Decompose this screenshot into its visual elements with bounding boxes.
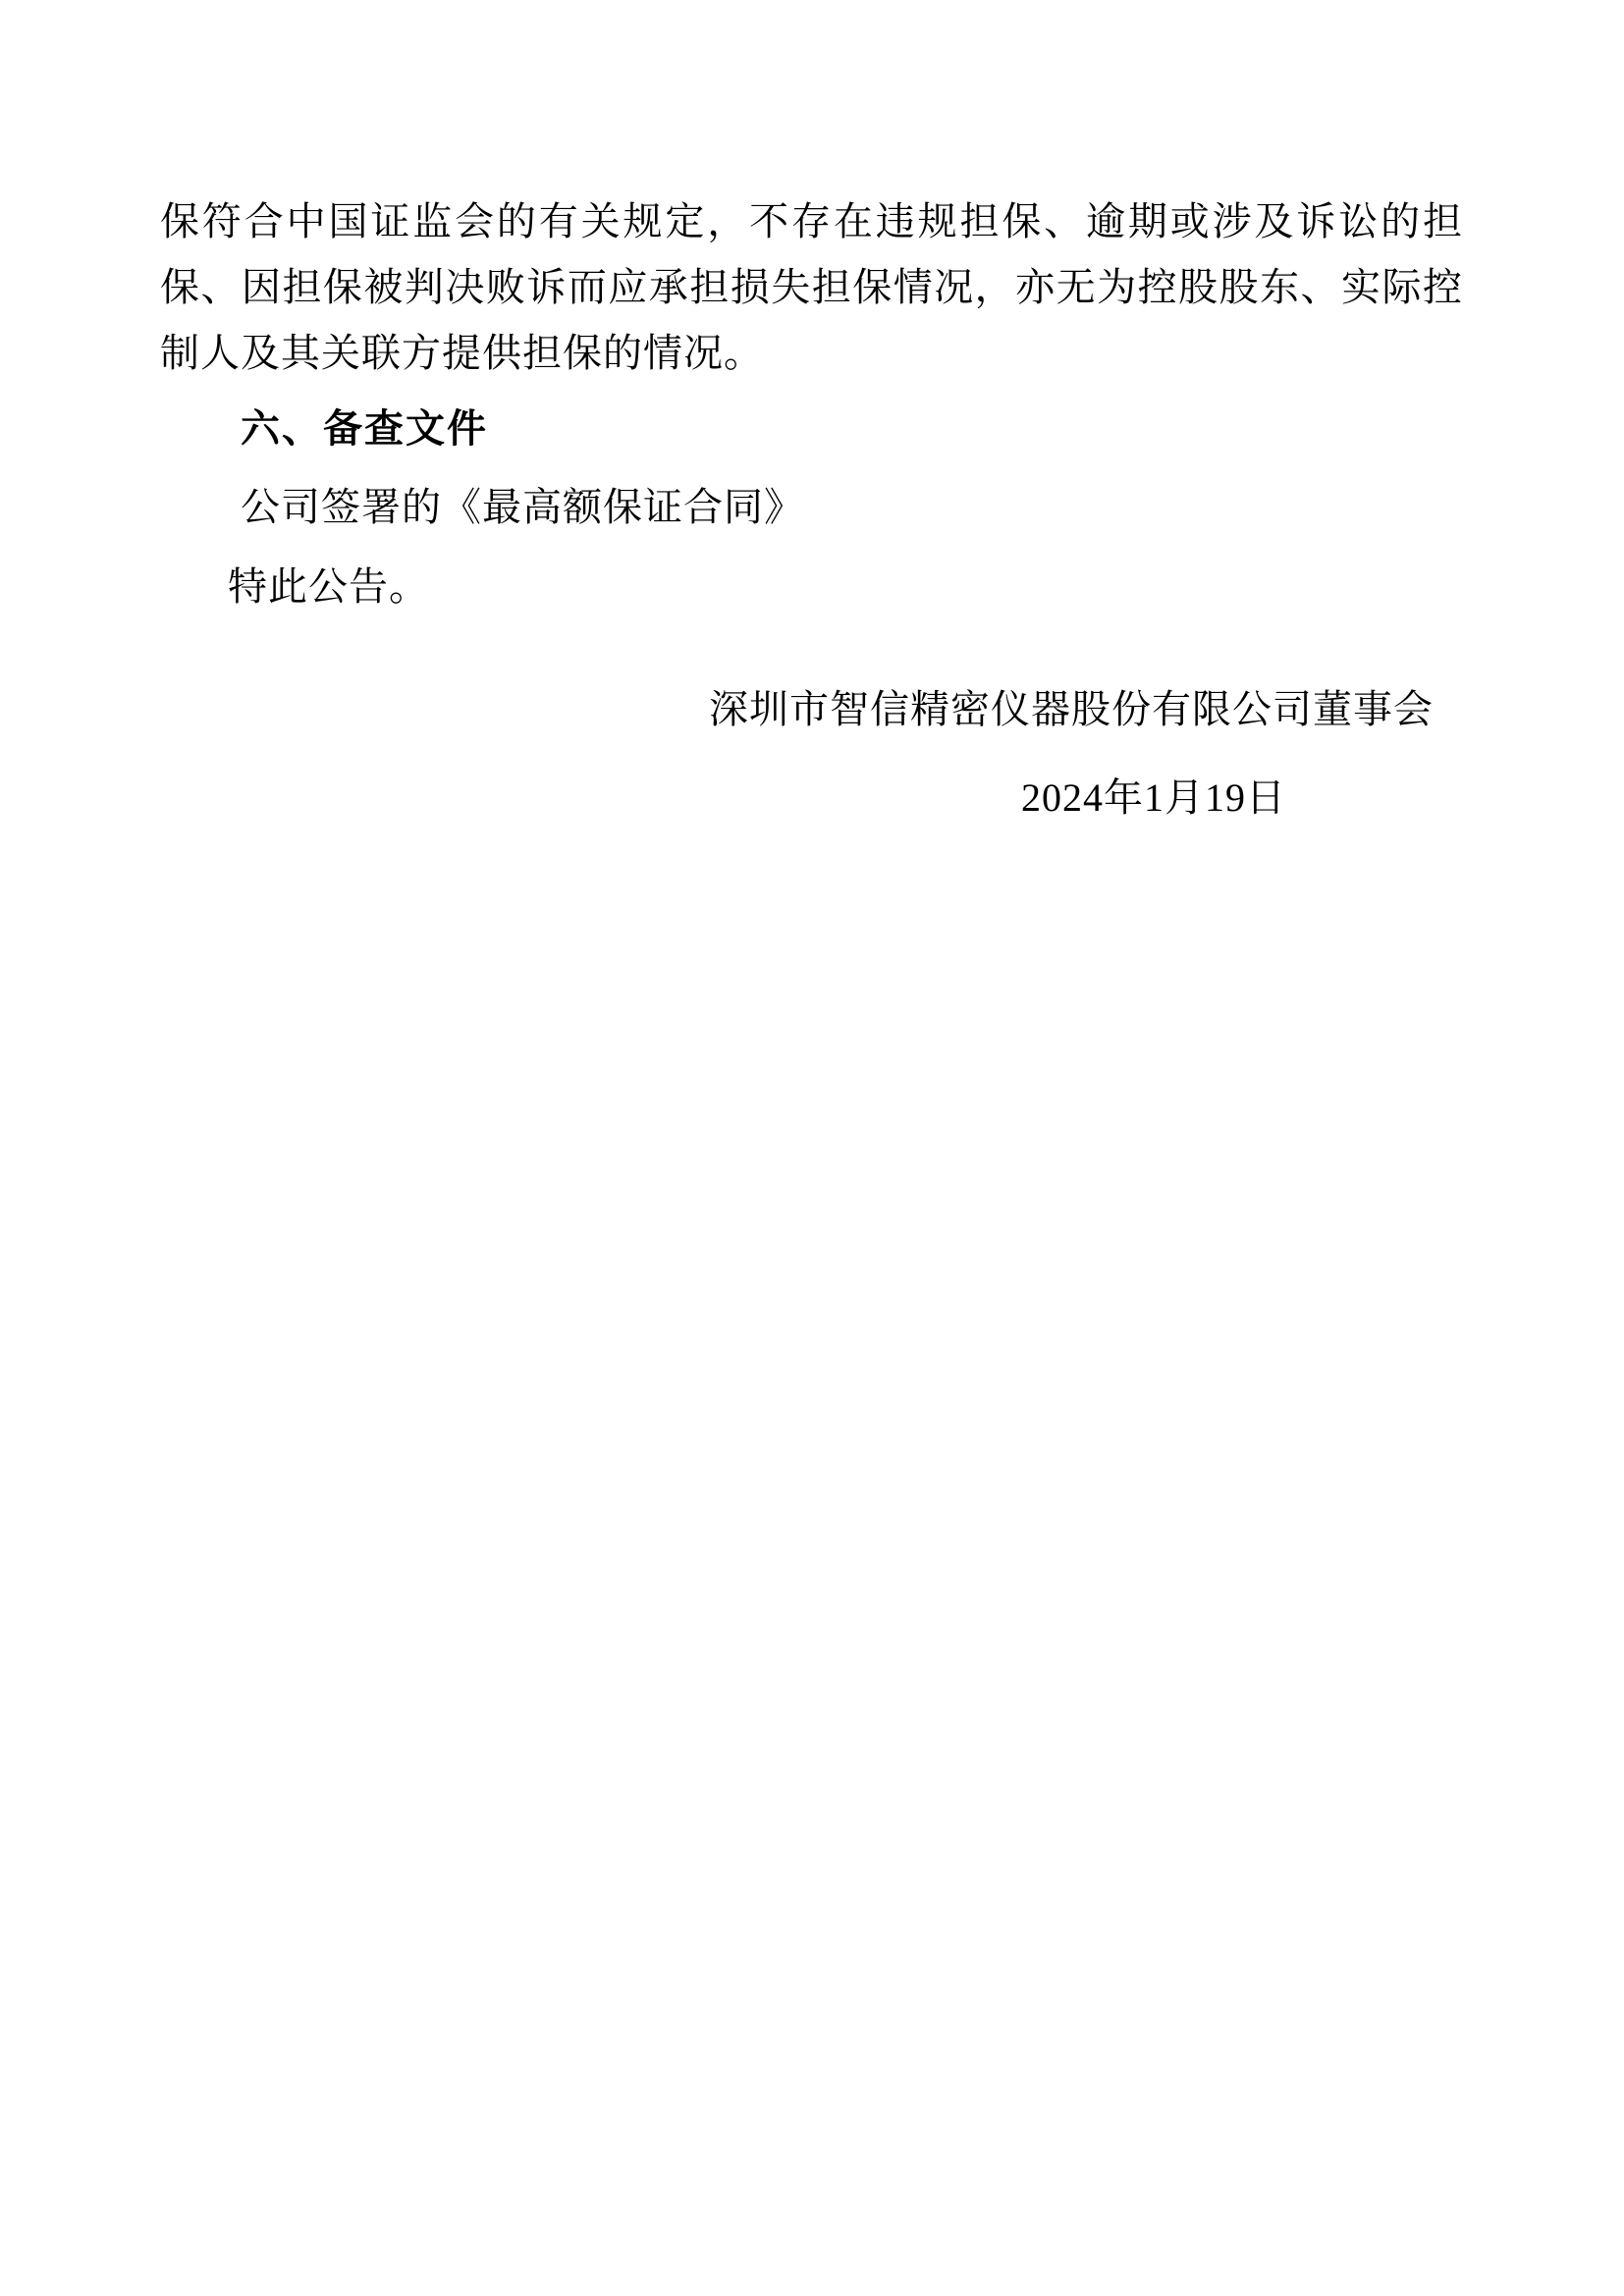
reference-document-line: 公司签署的《最高额保证合同》: [241, 474, 804, 540]
company-signature: 深圳市智信精密仪器股份有限公司董事会: [709, 676, 1434, 742]
section-heading: 六、备查文件: [241, 397, 488, 462]
closing-statement: 特此公告。: [228, 554, 429, 619]
announcement-date: 2024年1月19日: [1021, 765, 1286, 830]
document-page: 保符合中国证监会的有关规定，不存在违规担保、逾期或涉及诉讼的担保、因担保被判决败…: [0, 0, 1624, 2296]
paragraph-continuation: 保符合中国证监会的有关规定，不存在违规担保、逾期或涉及诉讼的担保、因担保被判决败…: [160, 188, 1463, 386]
